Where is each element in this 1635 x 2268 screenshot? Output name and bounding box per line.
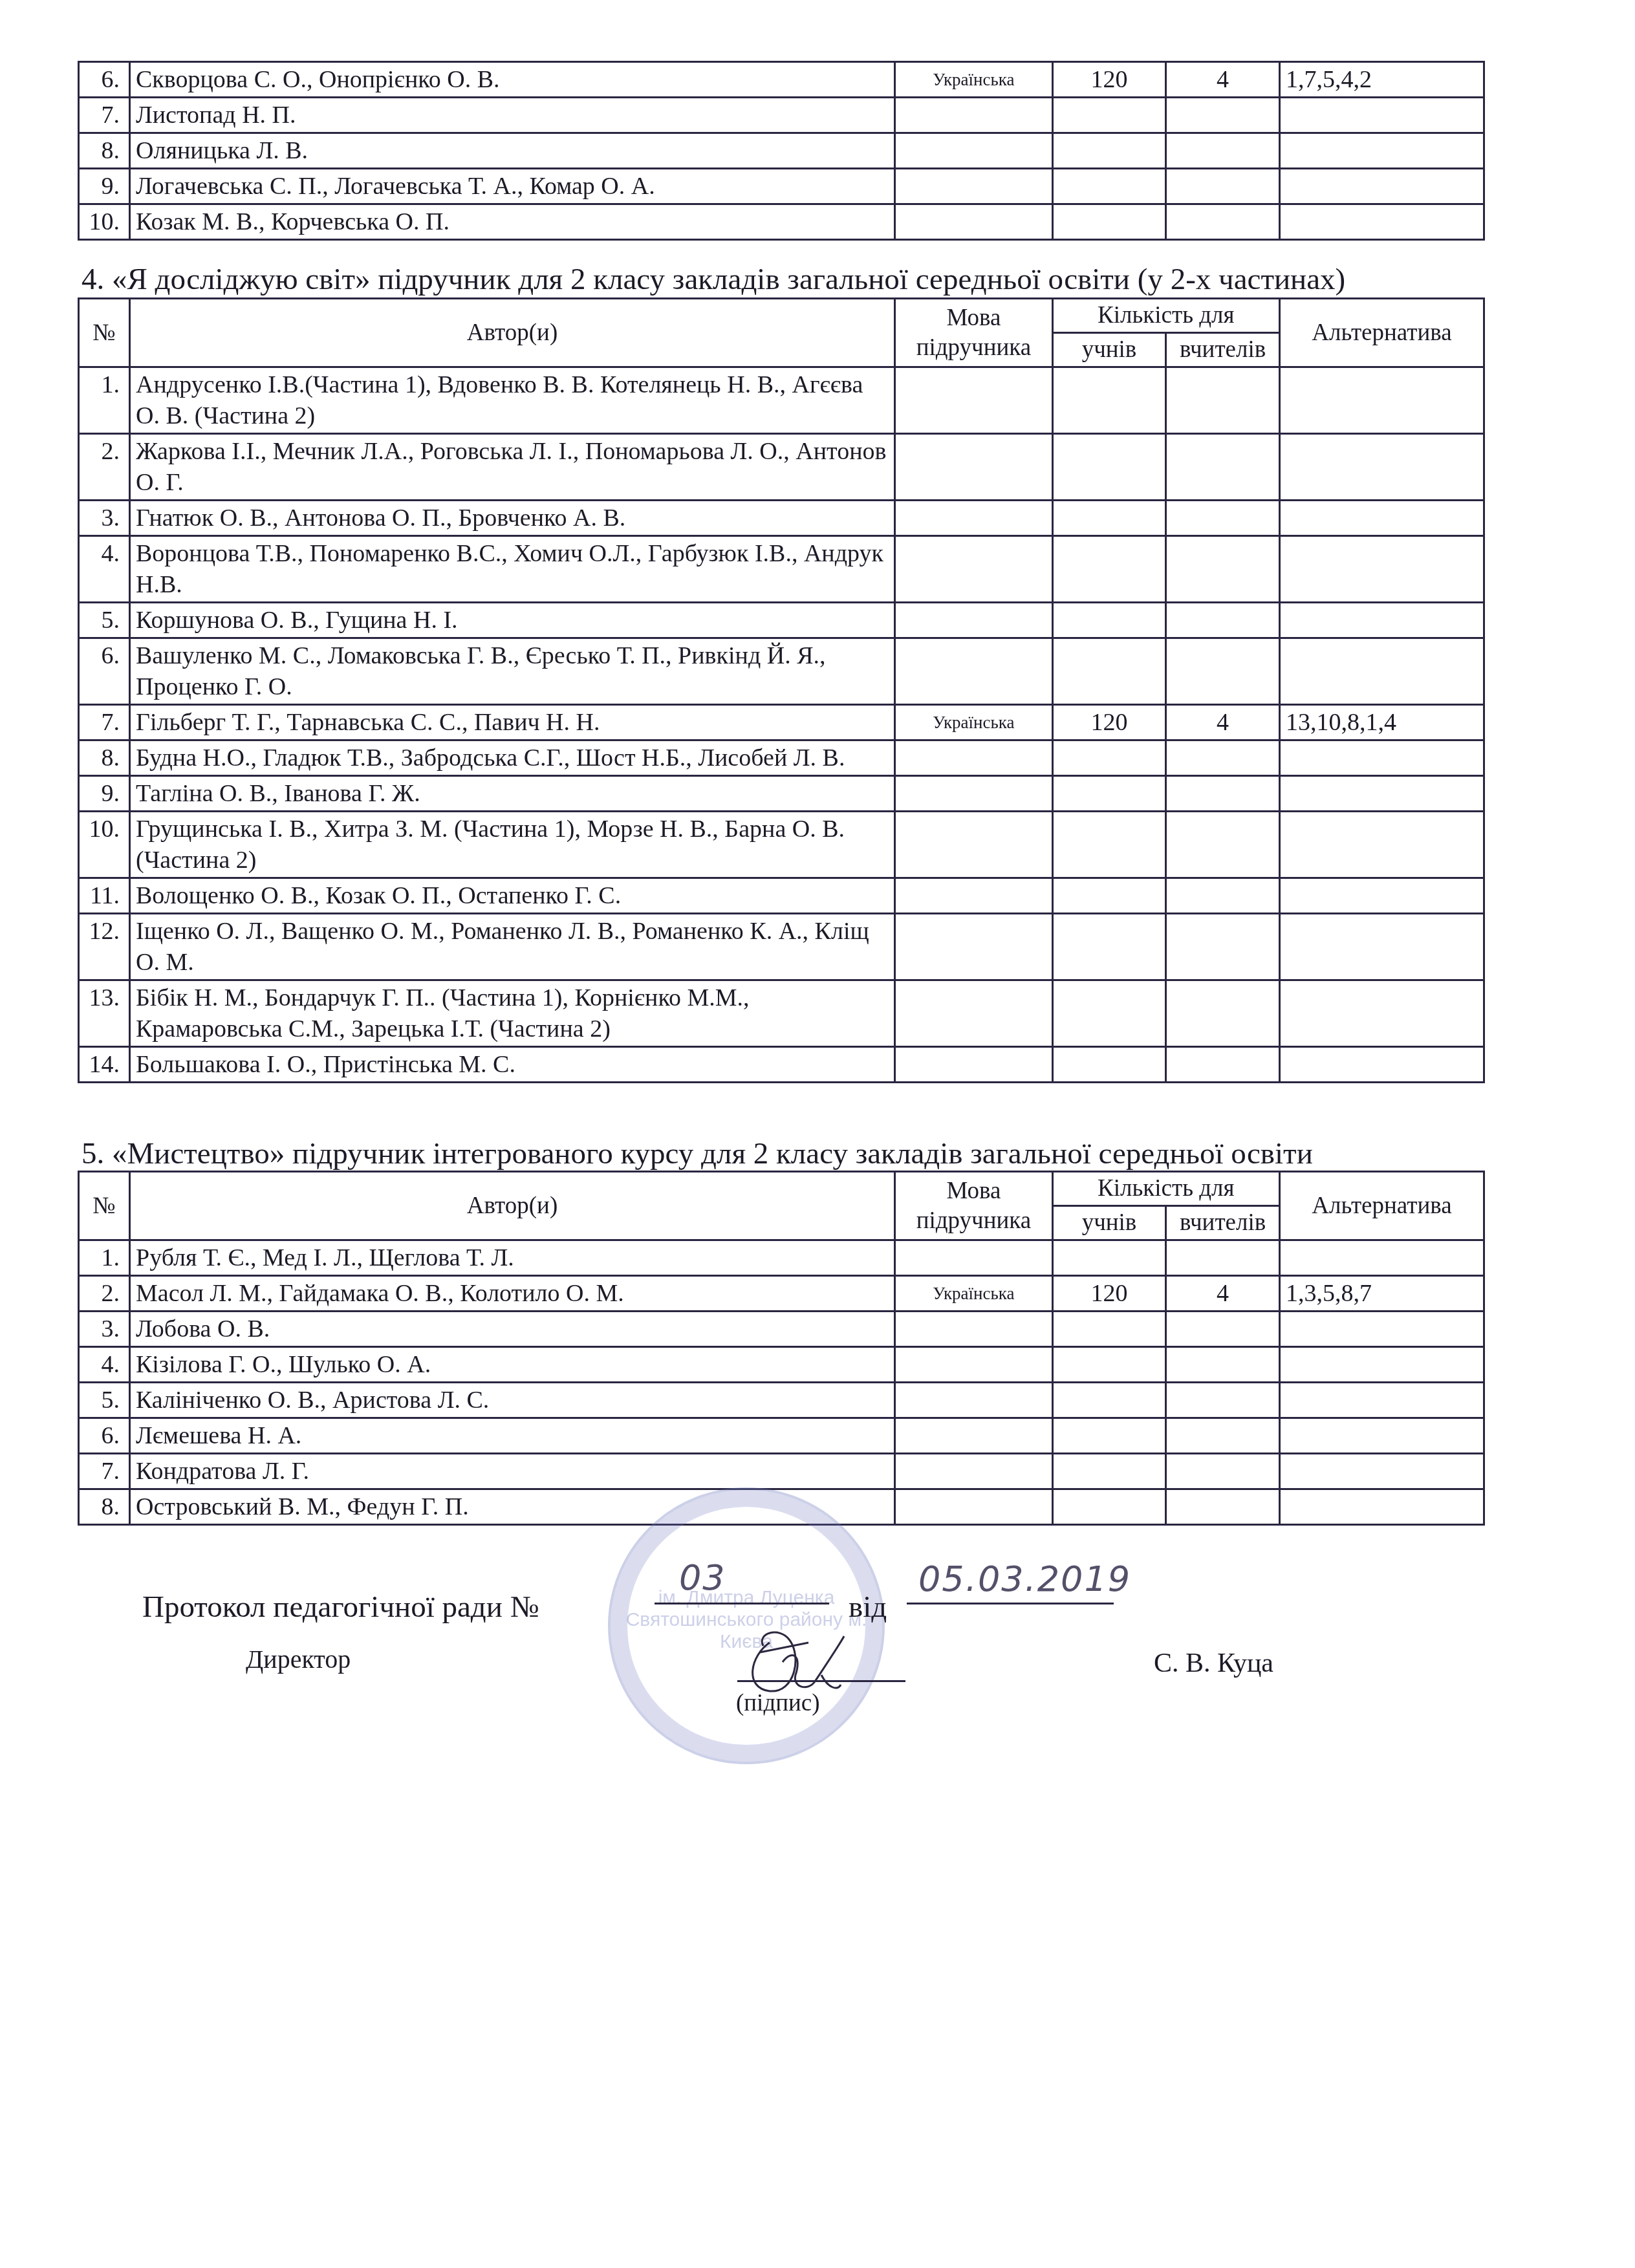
row-authors: Оляницька Л. В. [130,133,895,169]
row-alternative [1279,1454,1484,1489]
row-language [895,98,1053,133]
row-teachers-count [1166,980,1280,1047]
header-students: учнів [1052,333,1166,367]
row-students-count [1052,434,1166,501]
row-number: 1. [79,1240,130,1276]
row-students-count: 120 [1052,1276,1166,1312]
row-alternative [1279,878,1484,914]
table-row: 6.Скворцова С. О., Онопрієнко О. В.Украї… [79,62,1484,98]
row-number: 9. [79,776,130,812]
row-students-count [1052,1489,1166,1525]
row-alternative [1279,914,1484,980]
header-quantity: Кількість для [1052,1172,1279,1206]
row-teachers-count [1166,1454,1280,1489]
row-authors: Грущинська І. В., Хитра З. М. (Частина 1… [130,812,895,878]
row-authors: Кондратова Л. Г. [130,1454,895,1489]
table-row: 12.Іщенко О. Л., Ващенко О. М., Романенк… [79,914,1484,980]
row-students-count [1052,1047,1166,1083]
row-number: 5. [79,1383,130,1418]
row-teachers-count [1166,536,1280,603]
director-name: С. В. Куца [1154,1648,1273,1679]
header-num: № [79,299,130,367]
row-number: 2. [79,434,130,501]
row-students-count [1052,1240,1166,1276]
row-authors: Тагліна О. В., Іванова Г. Ж. [130,776,895,812]
protocol-label: Протокол педагогічної ради № [142,1590,539,1625]
table-row: 7.Листопад Н. П. [79,98,1484,133]
table-header: № Автор(и) Мова підручника Кількість для… [79,1172,1484,1240]
table-row: 3.Гнатюк О. В., Антонова О. П., Бровченк… [79,501,1484,536]
row-authors: Лємешева Н. А. [130,1418,895,1454]
table-row: 3.Лобова О. В. [79,1312,1484,1347]
table-row: 4.Кізілова Г. О., Шулько О. А. [79,1347,1484,1383]
row-teachers-count [1166,501,1280,536]
row-alternative [1279,1347,1484,1383]
row-language: Українська [895,705,1053,740]
row-students-count [1052,812,1166,878]
table-row: 11.Волощенко О. В., Козак О. П., Остапен… [79,878,1484,914]
row-number: 2. [79,1276,130,1312]
row-students-count [1052,980,1166,1047]
row-teachers-count [1166,776,1280,812]
row-teachers-count [1166,1489,1280,1525]
row-number: 4. [79,1347,130,1383]
row-alternative: 13,10,8,1,4 [1279,705,1484,740]
row-number: 7. [79,98,130,133]
row-language: Українська [895,1276,1053,1312]
table-row: 6.Лємешева Н. А. [79,1418,1484,1454]
row-teachers-count [1166,638,1280,705]
row-students-count [1052,1383,1166,1418]
row-authors: Козак М. В., Корчевська О. П. [130,204,895,240]
row-authors: Вашуленко М. С., Ломаковська Г. В., Єрес… [130,638,895,705]
row-alternative [1279,536,1484,603]
signature-line [737,1680,905,1682]
row-teachers-count [1166,1312,1280,1347]
row-language [895,740,1053,776]
row-students-count [1052,740,1166,776]
protocol-number: 03 [679,1557,726,1598]
row-students-count [1052,1418,1166,1454]
row-teachers-count [1166,1347,1280,1383]
row-teachers-count: 4 [1166,62,1280,98]
row-number: 7. [79,705,130,740]
table-row: 7.Гільберг Т. Г., Тарнавська С. С., Пави… [79,705,1484,740]
table-row: 8.Будна Н.О., Гладюк Т.В., Забродська С.… [79,740,1484,776]
table-row: 10.Козак М. В., Корчевська О. П. [79,204,1484,240]
row-teachers-count [1166,367,1280,434]
row-alternative [1279,1489,1484,1525]
row-authors: Рубля Т. Є., Мед І. Л., Щеглова Т. Л. [130,1240,895,1276]
row-alternative [1279,1418,1484,1454]
row-alternative [1279,980,1484,1047]
protocol-date-underline [907,1603,1114,1604]
row-authors: Гнатюк О. В., Антонова О. П., Бровченко … [130,501,895,536]
row-language [895,914,1053,980]
director-label: Директор [246,1644,351,1674]
row-alternative [1279,812,1484,878]
row-students-count [1052,1347,1166,1383]
header-teachers: вчителів [1166,333,1280,367]
row-teachers-count [1166,169,1280,204]
row-number: 10. [79,812,130,878]
row-authors: Гільберг Т. Г., Тарнавська С. С., Павич … [130,705,895,740]
header-quantity: Кількість для [1052,299,1279,333]
row-students-count: 120 [1052,62,1166,98]
row-students-count [1052,367,1166,434]
row-students-count [1052,501,1166,536]
row-language [895,133,1053,169]
row-alternative [1279,1383,1484,1418]
protocol-number-underline [655,1603,829,1604]
row-alternative [1279,1312,1484,1347]
row-authors: Лобова О. В. [130,1312,895,1347]
section5-table: № Автор(и) Мова підручника Кількість для… [78,1171,1485,1526]
row-number: 8. [79,1489,130,1525]
section4-title: 4. «Я досліджую світ» підручник для 2 кл… [81,261,1345,297]
row-teachers-count [1166,1240,1280,1276]
row-teachers-count [1166,812,1280,878]
header-language: Мова підручника [895,299,1053,367]
header-authors: Автор(и) [130,299,895,367]
protocol-date: 05.03.2019 [918,1559,1131,1599]
row-number: 6. [79,62,130,98]
row-authors: Кізілова Г. О., Шулько О. А. [130,1347,895,1383]
row-authors: Логачевська С. П., Логачевська Т. А., Ко… [130,169,895,204]
row-alternative: 1,3,5,8,7 [1279,1276,1484,1312]
table-row: 1.Рубля Т. Є., Мед І. Л., Щеглова Т. Л. [79,1240,1484,1276]
row-alternative [1279,740,1484,776]
row-students-count [1052,878,1166,914]
row-teachers-count [1166,878,1280,914]
row-alternative [1279,204,1484,240]
signature-icon [731,1617,873,1701]
row-number: 12. [79,914,130,980]
row-number: 3. [79,1312,130,1347]
row-language [895,812,1053,878]
header-num: № [79,1172,130,1240]
row-students-count [1052,603,1166,638]
row-authors: Жаркова І.І., Мечник Л.А., Роговська Л. … [130,434,895,501]
row-number: 8. [79,133,130,169]
row-alternative [1279,98,1484,133]
row-language [895,204,1053,240]
row-authors: Іщенко О. Л., Ващенко О. М., Романенко Л… [130,914,895,980]
table-row: 10.Грущинська І. В., Хитра З. М. (Частин… [79,812,1484,878]
header-alternative: Альтернатива [1279,1172,1484,1240]
row-language [895,1489,1053,1525]
row-teachers-count [1166,740,1280,776]
row-students-count: 120 [1052,705,1166,740]
table-row: 5.Калініченко О. В., Аристова Л. С. [79,1383,1484,1418]
row-language [895,878,1053,914]
row-language: Українська [895,62,1053,98]
row-students-count [1052,204,1166,240]
header-authors: Автор(и) [130,1172,895,1240]
row-language [895,367,1053,434]
table-row: 2.Жаркова І.І., Мечник Л.А., Роговська Л… [79,434,1484,501]
row-language [895,434,1053,501]
row-students-count [1052,98,1166,133]
row-alternative [1279,776,1484,812]
row-number: 1. [79,367,130,434]
row-alternative [1279,367,1484,434]
table-row: 14.Большакова І. О., Пристінська М. С. [79,1047,1484,1083]
row-language [895,1454,1053,1489]
row-teachers-count [1166,98,1280,133]
table-row: 6.Вашуленко М. С., Ломаковська Г. В., Єр… [79,638,1484,705]
header-students: учнів [1052,1206,1166,1240]
row-alternative: 1,7,5,4,2 [1279,62,1484,98]
row-alternative [1279,603,1484,638]
row-number: 9. [79,169,130,204]
row-students-count [1052,169,1166,204]
row-alternative [1279,133,1484,169]
row-number: 11. [79,878,130,914]
row-teachers-count [1166,1047,1280,1083]
table-row: 7.Кондратова Л. Г. [79,1454,1484,1489]
table-row: 1.Андрусенко І.В.(Частина 1), Вдовенко В… [79,367,1484,434]
row-teachers-count [1166,204,1280,240]
row-number: 4. [79,536,130,603]
row-teachers-count [1166,914,1280,980]
row-students-count [1052,776,1166,812]
row-authors: Бібік Н. М., Бондарчук Г. П.. (Частина 1… [130,980,895,1047]
signature-caption: (підпис) [736,1689,820,1717]
row-language [895,603,1053,638]
row-language [895,169,1053,204]
row-teachers-count: 4 [1166,1276,1280,1312]
table-row: 9.Логачевська С. П., Логачевська Т. А., … [79,169,1484,204]
row-students-count [1052,1312,1166,1347]
row-authors: Скворцова С. О., Онопрієнко О. В. [130,62,895,98]
row-authors: Коршунова О. В., Гущина Н. І. [130,603,895,638]
row-number: 13. [79,980,130,1047]
table-row: 8.Оляницька Л. В. [79,133,1484,169]
section5-title: 5. «Мистецтво» підручник інтегрованого к… [81,1136,1313,1172]
row-language [895,1047,1053,1083]
row-language [895,1418,1053,1454]
row-teachers-count [1166,434,1280,501]
row-number: 10. [79,204,130,240]
row-teachers-count: 4 [1166,705,1280,740]
header-alternative: Альтернатива [1279,299,1484,367]
table-header: № Автор(и) Мова підручника Кількість для… [79,299,1484,367]
table-row: 5.Коршунова О. В., Гущина Н. І. [79,603,1484,638]
row-number: 8. [79,740,130,776]
row-authors: Воронцова Т.В., Пономаренко В.С., Хомич … [130,536,895,603]
row-authors: Большакова І. О., Пристінська М. С. [130,1047,895,1083]
section4-table: № Автор(и) Мова підручника Кількість для… [78,297,1485,1083]
row-language [895,1347,1053,1383]
row-language [895,1383,1053,1418]
row-alternative [1279,169,1484,204]
row-number: 14. [79,1047,130,1083]
row-language [895,501,1053,536]
row-students-count [1052,133,1166,169]
table-row: 9.Тагліна О. В., Іванова Г. Ж. [79,776,1484,812]
row-students-count [1052,914,1166,980]
row-number: 5. [79,603,130,638]
row-teachers-count [1166,1418,1280,1454]
table-row: 4.Воронцова Т.В., Пономаренко В.С., Хоми… [79,536,1484,603]
row-language [895,638,1053,705]
row-authors: Волощенко О. В., Козак О. П., Остапенко … [130,878,895,914]
table-row: 2.Масол Л. М., Гайдамака О. В., Колотило… [79,1276,1484,1312]
row-teachers-count [1166,603,1280,638]
row-alternative [1279,501,1484,536]
row-language [895,1240,1053,1276]
row-language [895,536,1053,603]
row-number: 3. [79,501,130,536]
row-authors: Масол Л. М., Гайдамака О. В., Колотило О… [130,1276,895,1312]
row-authors: Будна Н.О., Гладюк Т.В., Забродська С.Г.… [130,740,895,776]
row-alternative [1279,434,1484,501]
row-language [895,1312,1053,1347]
section3-continued-table: 6.Скворцова С. О., Онопрієнко О. В.Украї… [78,61,1485,241]
row-authors: Калініченко О. В., Аристова Л. С. [130,1383,895,1418]
row-authors: Листопад Н. П. [130,98,895,133]
header-teachers: вчителів [1166,1206,1280,1240]
row-teachers-count [1166,1383,1280,1418]
row-students-count [1052,1454,1166,1489]
table-row: 13.Бібік Н. М., Бондарчук Г. П.. (Частин… [79,980,1484,1047]
row-number: 7. [79,1454,130,1489]
row-students-count [1052,536,1166,603]
row-number: 6. [79,638,130,705]
row-language [895,980,1053,1047]
row-alternative [1279,1047,1484,1083]
row-alternative [1279,1240,1484,1276]
row-alternative [1279,638,1484,705]
row-number: 6. [79,1418,130,1454]
row-authors: Андрусенко І.В.(Частина 1), Вдовенко В. … [130,367,895,434]
row-teachers-count [1166,133,1280,169]
row-students-count [1052,638,1166,705]
row-language [895,776,1053,812]
header-language: Мова підручника [895,1172,1053,1240]
